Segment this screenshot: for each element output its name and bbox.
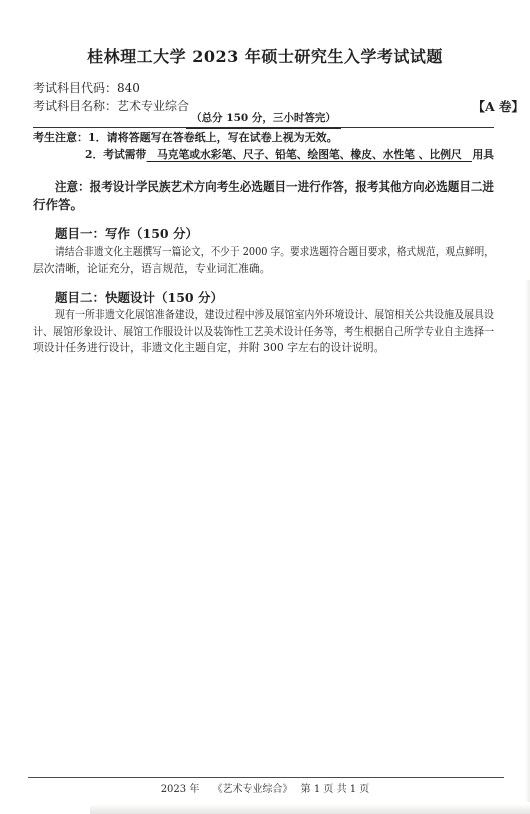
question-2-body-line: 项设计任务进行设计，非遗文化主题自定，并附 300 字左右的设计说明。 (33, 340, 494, 357)
subject-code-value: 840 (117, 81, 140, 95)
question-1-body: 请结合非遗文化主题撰写一篇论文，不少于 2000 字。要求选题符合题目要求，格式… (33, 244, 494, 277)
direction-note: 注意：报考设计学民族艺术方向考生必选题目一进行作答，报考其他方向必选题目二进 行… (33, 178, 494, 213)
exam-title: 桂林理工大学 2023 年硕士研究生入学考试试题 (0, 46, 530, 68)
exam-paper-page: 桂林理工大学 2023 年硕士研究生入学考试试题 考试科目代码：840 考试科目… (0, 0, 530, 814)
candidate-notice-label: 考生注意： (33, 131, 88, 144)
question-2-body-line: 现有一所非遗文化展馆准备建设，建设过程中涉及展馆室内外环境设计、展馆相关公共设施… (33, 307, 494, 324)
question-2-heading: 题目二：快题设计（150 分） (33, 290, 494, 306)
candidate-notice-item-2-prefix: 2．考试需带 (85, 148, 146, 161)
page-footer: 2023 年 《艺术专业综合》 第 1 页 共 1 页 (0, 782, 530, 798)
question-2-body-line: 计、展馆形象设计、展馆工作服设计以及装饰性工艺美术设计任务等，考生根据自己所学专… (33, 324, 494, 341)
exam-title-text: 桂林理工大学 2023 年硕士研究生入学考试试题 (87, 46, 443, 68)
question-1-body-line: 请结合非遗文化主题撰写一篇论文，不少于 2000 字。要求选题符合题目要求，格式… (33, 244, 494, 261)
candidate-notice-line-2: 2．考试需带 马克笔或水彩笔、尺子、铅笔、绘图笔、橡皮、水性笔 、比例尺 用具 (85, 147, 494, 162)
subject-code-label: 考试科目代码： (33, 81, 117, 95)
subject-code-row: 考试科目代码：840 (33, 80, 140, 96)
footer-divider (28, 777, 504, 778)
score-duration-line: （总分 150 分，三小时答完） (33, 109, 494, 128)
direction-line: 行作答。 (33, 196, 494, 214)
question-2-body: 现有一所非遗文化展馆准备建设，建设过程中涉及展馆室内外环境设计、展馆相关公共设施… (33, 307, 494, 357)
question-1-body-line: 层次清晰，论证充分，语言规范，专业词汇准确。 (33, 261, 494, 278)
candidate-notice-item-2-suffix: 用具 (472, 148, 494, 161)
scan-artifact-bottom (90, 804, 530, 814)
direction-line: 注意：报考设计学民族艺术方向考生必选题目一进行作答，报考其他方向必选题目二进 (33, 178, 494, 196)
page-footer-text: 2023 年 《艺术专业综合》 第 1 页 共 1 页 (161, 782, 370, 798)
question-1-heading: 题目一：写作（150 分） (33, 226, 494, 242)
score-duration-text: （总分 150 分，三小时答完） (186, 109, 341, 129)
required-tools-underlined: 马克笔或水彩笔、尺子、铅笔、绘图笔、橡皮、水性笔 、比例尺 (146, 148, 472, 162)
candidate-notice-item-1: 1．请将答题写在答卷纸上，写在试卷上视为无效。 (88, 131, 338, 144)
candidate-notice-line-1: 考生注意：1．请将答题写在答卷纸上，写在试卷上视为无效。 (33, 130, 494, 145)
scan-artifact-right (525, 280, 530, 802)
